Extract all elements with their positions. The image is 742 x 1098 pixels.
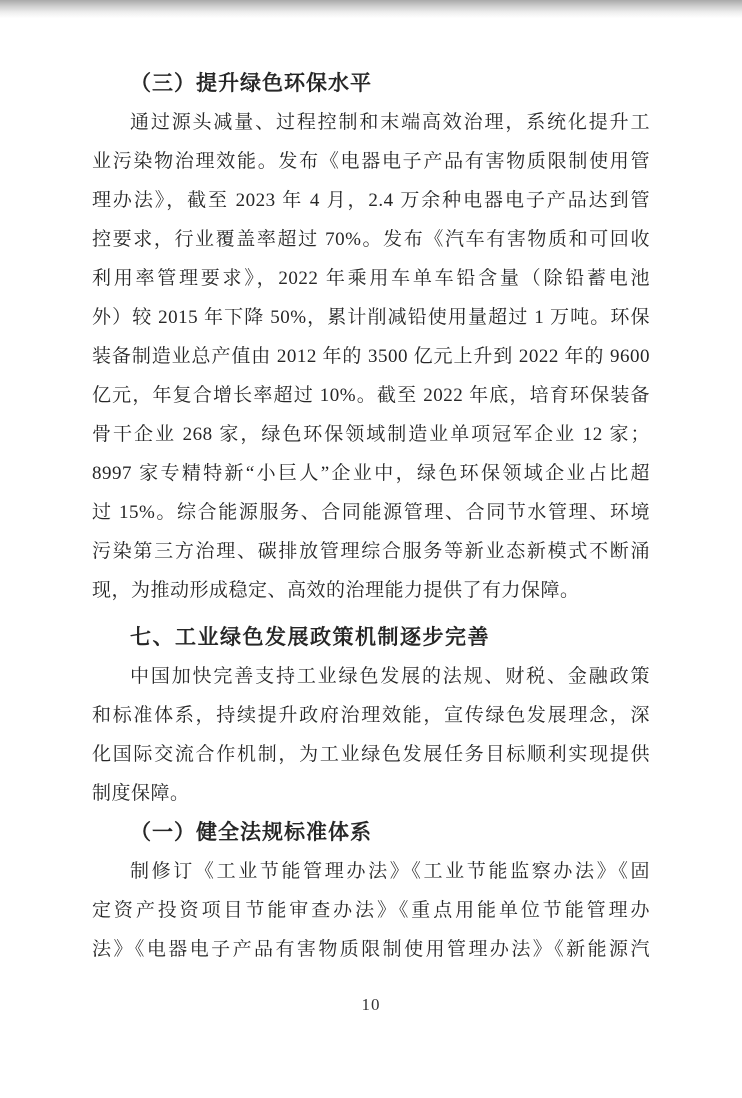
subsection-heading-3: （三）提升绿色环保水平 [92, 64, 650, 103]
section-heading-7: 七、工业绿色发展政策机制逐步完善 [92, 618, 650, 657]
paragraph-line: 过 15%。综合能源服务、合同能源管理、合同节水管理、环境 [92, 493, 650, 532]
paragraph-line: 利用率管理要求》，2022 年乘用车单车铅含量（除铅蓄电池 [92, 259, 650, 298]
paragraph-line: 通过源头减量、过程控制和末端高效治理，系统化提升工 [92, 103, 650, 142]
paragraph-line: 亿元，年复合增长率超过 10%。截至 2022 年底，培育环保装备 [92, 376, 650, 415]
paragraph-line: 业污染物治理效能。发布《电器电子产品有害物质限制使用管 [92, 142, 650, 181]
paragraph-line: 理办法》，截至 2023 年 4 月，2.4 万余种电器电子产品达到管 [92, 181, 650, 220]
paragraph-environment: 通过源头减量、过程控制和末端高效治理，系统化提升工 业污染物治理效能。发布《电器… [92, 103, 650, 610]
paragraph-line: 法》《电器电子产品有害物质限制使用管理办法》《新能源汽 [92, 930, 650, 969]
paragraph-line: 控要求，行业覆盖率超过 70%。发布《汽车有害物质和可回收 [92, 220, 650, 259]
page-number: 10 [92, 994, 650, 1016]
paragraph-line: 骨干企业 268 家，绿色环保领域制造业单项冠军企业 12 家； [92, 415, 650, 454]
paragraph-line: 和标准体系，持续提升政府治理效能，宣传绿色发展理念，深 [92, 696, 650, 735]
paragraph-line: 8997 家专精特新“小巨人”企业中，绿色环保领域企业占比超 [92, 454, 650, 493]
page-content: （三）提升绿色环保水平 通过源头减量、过程控制和末端高效治理，系统化提升工 业污… [92, 0, 650, 1016]
paragraph-line: 定资产投资项目节能审查办法》《重点用能单位节能管理办 [92, 891, 650, 930]
paragraph-line: 现，为推动形成稳定、高效的治理能力提供了有力保障。 [92, 571, 650, 610]
paragraph-line: 污染第三方治理、碳排放管理综合服务等新业态新模式不断涌 [92, 532, 650, 571]
paragraph-line: 化国际交流合作机制，为工业绿色发展任务目标顺利实现提供 [92, 735, 650, 774]
subsection-heading-1: （一）健全法规标准体系 [92, 813, 650, 852]
document-page: （三）提升绿色环保水平 通过源头减量、过程控制和末端高效治理，系统化提升工 业污… [0, 0, 742, 1098]
paragraph-line: 中国加快完善支持工业绿色发展的法规、财税、金融政策 [92, 657, 650, 696]
paragraph-line: 制修订《工业节能管理办法》《工业节能监察办法》《固 [92, 852, 650, 891]
paragraph-line: 装备制造业总产值由 2012 年的 3500 亿元上升到 2022 年的 960… [92, 337, 650, 376]
paragraph-line: 制度保障。 [92, 774, 650, 813]
paragraph-regulations: 制修订《工业节能管理办法》《工业节能监察办法》《固 定资产投资项目节能审查办法》… [92, 852, 650, 969]
paragraph-line: 外）较 2015 年下降 50%，累计削减铅使用量超过 1 万吨。环保 [92, 298, 650, 337]
paragraph-policy: 中国加快完善支持工业绿色发展的法规、财税、金融政策 和标准体系，持续提升政府治理… [92, 657, 650, 813]
